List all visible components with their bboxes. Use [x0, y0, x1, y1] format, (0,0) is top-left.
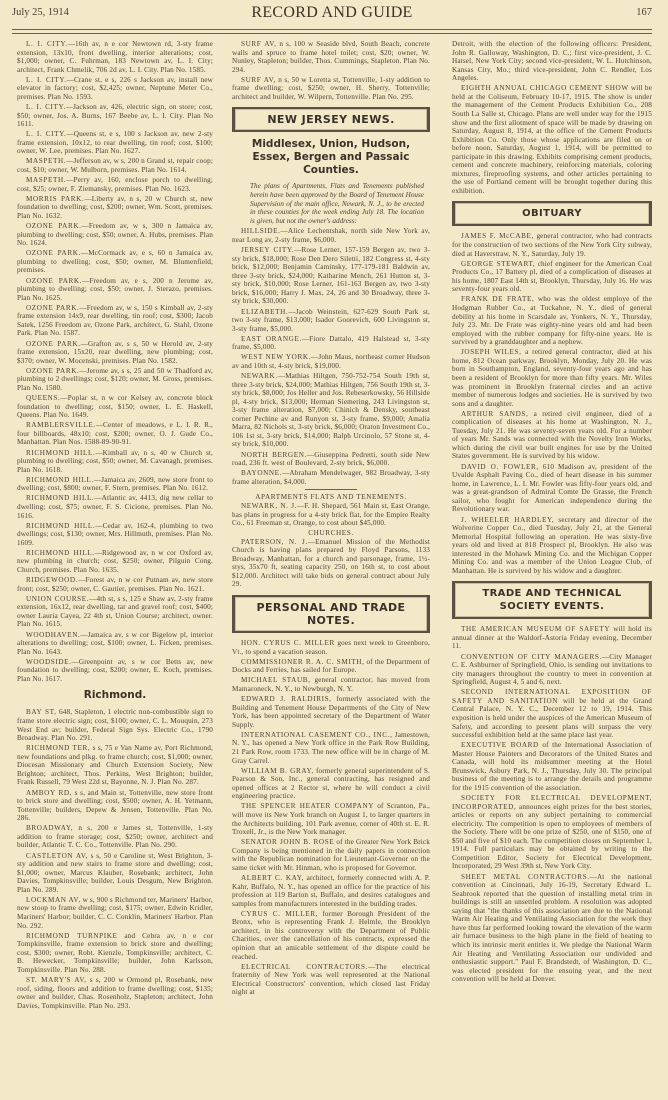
news-item: COMMISSIONER R. A. C. SMITH, of the Depa… — [232, 658, 430, 675]
item-lead: MICHAEL STAUB, — [241, 676, 311, 684]
news-item: WOODSIDE.—Greenpoint av, s w cor Betts a… — [17, 658, 213, 684]
personal-notes-list: HON. CYRUS C. MILLER goes next week to G… — [232, 639, 430, 997]
item-lead: SURF AV, — [241, 40, 276, 48]
item-text: Detroit, with the election of the follow… — [452, 40, 652, 82]
item-lead: UNION COURSE. — [26, 595, 89, 603]
churches-entry: PATERSON, N. J.—Emanuel Mission of the M… — [232, 538, 430, 589]
item-lead: J. WHEELER HARDLEY, — [461, 516, 554, 524]
news-item: THE SPENCER HEATER COMPANY of Scranton, … — [232, 802, 430, 836]
news-item: CONVENTION OF CITY MANAGERS.—City Manage… — [452, 653, 652, 687]
trade-events-list: THE AMERICAN MUSEUM OF SAFETY will hold … — [452, 625, 652, 983]
item-lead: ST. MARY'S AV, — [26, 976, 87, 984]
news-item: L. I. CITY.—Crane st, e s, 226 s Jackson… — [17, 76, 213, 102]
news-item: RICHMOND HILL.—Ridgewood av, n w cor Oxf… — [17, 549, 213, 575]
item-lead: COMMISSIONER R. A. C. SMITH, — [241, 658, 365, 666]
news-item: NORTH BERGEN.—Giuseppina Pedretti, south… — [232, 451, 430, 468]
item-text: announces eight prizes for the best stor… — [452, 803, 652, 871]
news-item: GEORGE STEWART, chief engineer for the A… — [452, 260, 652, 294]
item-lead: RICHMOND HILL. — [26, 449, 95, 457]
apartments-entry: NEWARK, N. J.—F. H. Shepard, 561 Main st… — [232, 502, 430, 528]
news-item: JERSEY CITY.—Rose Lerner, 157-159 Bergen… — [232, 246, 430, 306]
column-left: L. I. CITY.—16th av, n e cor Newtown rd,… — [17, 40, 213, 1012]
news-item: RICHMOND TURNPIKE and Cebra av, n e cor … — [17, 932, 213, 975]
news-item: SECOND INTERNATIONAL EXPOSITION OF SAFET… — [452, 688, 652, 739]
richmond-permits-list: BAY ST, 648, Stapleton, 1 electric non-c… — [17, 708, 213, 1010]
nj-counties-subhead: Middlesex, Union, Hudson, Essex, Bergen … — [232, 138, 430, 177]
item-lead: BROADWAY, — [26, 824, 73, 832]
news-item: WILLIAM B. GRAY, formerly general superi… — [232, 767, 430, 801]
header-rule — [12, 29, 652, 34]
item-lead: RICHMOND HILL. — [26, 549, 95, 557]
item-text: 610 Madison av, president of the Uvalde … — [452, 463, 652, 514]
news-item: LOCKMAN AV, w s, 900 s Richmond ter, Mar… — [17, 896, 213, 930]
item-lead: L. I. CITY. — [26, 103, 66, 111]
column-right: Detroit, with the election of the follow… — [452, 40, 652, 985]
apartments-heading: APARTMENTS FLATS AND TENEMENTS. — [232, 493, 430, 502]
item-lead: ELIZABETH. — [241, 308, 288, 316]
item-lead: RICHMOND HILL. — [26, 476, 94, 484]
item-lead: NORTH BERGEN. — [241, 451, 307, 459]
item-lead: MASPETH. — [26, 157, 66, 165]
item-lead: OZONE PARK. — [26, 367, 79, 375]
news-item: WOODHAVEN.—Jamaica av, s w cor Bigelow p… — [17, 631, 213, 657]
news-item: AMBOY RD, s s, and Main st, Tottenville,… — [17, 789, 213, 823]
news-item: NEWARK.—Mathias Hiltgen, 750-752-754 Sou… — [232, 372, 430, 449]
item-lead: WILLIAM B. GRAY, — [241, 767, 314, 775]
item-lead: RICHMOND HILL. — [26, 522, 95, 530]
news-item: L. I. CITY.—16th av, n e cor Newtown rd,… — [17, 40, 213, 74]
item-lead: HILLSIDE. — [241, 227, 281, 235]
news-item: RICHMOND HILL.—Jamaica av, 2609, new sto… — [17, 476, 213, 493]
item-lead: EXECUTIVE BOARD — [461, 741, 539, 749]
news-item: JAMES F. McCABE, general contractor, who… — [452, 232, 652, 258]
convention-entries-list: Detroit, with the election of the follow… — [452, 40, 652, 195]
item-lead: RAMBLERSVILLE. — [26, 421, 96, 429]
surf-av-list: SURF AV, n s, 100 w Seaside blvd, South … — [232, 40, 430, 101]
news-item: J. WHEELER HARDLEY, secretary and direct… — [452, 516, 652, 576]
news-item: QUEENS.—Poplar st, n w cor Kelsey av, co… — [17, 394, 213, 420]
news-item: WEST NEW YORK.—John Maus, northeast corn… — [232, 353, 430, 370]
news-item: FRANK DE FRATE, who was the oldest emplo… — [452, 295, 652, 346]
page-number: 167 — [636, 7, 652, 18]
item-text: —At the national convention at Cincinnat… — [452, 873, 652, 984]
news-item: HILLSIDE.—Alice Lechentshak, north side … — [232, 227, 430, 244]
item-lead: QUEENS. — [26, 394, 60, 402]
obituary-box: OBITUARY — [452, 201, 652, 226]
personal-trade-notes-box: PERSONAL AND TRADE NOTES. — [232, 595, 430, 633]
nj-entries-list: HILLSIDE.—Alice Lechentshak, north side … — [232, 227, 430, 486]
item-lead: L. I. CITY. — [26, 76, 67, 84]
item-text: —Emanuel Mission of the Methodist Church… — [232, 538, 430, 589]
item-text: will be held at the Coliseum, February 1… — [452, 84, 652, 195]
news-item: OZONE PARK.—Freedom av, w s, 300 n Jamai… — [17, 222, 213, 248]
item-lead: PATERSON, N. J. — [241, 538, 308, 546]
item-text: who was the oldest employe of the Hodgma… — [452, 295, 652, 346]
news-item: MASPETH.—Jefferson av, w s, 200 n Grand … — [17, 157, 213, 174]
news-item: INTERNATIONAL CASEMENT CO., INC., Jamest… — [232, 731, 430, 765]
item-lead: SENATOR JOHN B. ROSE — [241, 838, 334, 846]
news-item: SHEET METAL CONTRACTORS.—At the national… — [452, 873, 652, 984]
item-lead: L. I. CITY. — [26, 130, 66, 138]
nj-notice: The plans of Apartments, Flats and Tenem… — [250, 182, 424, 225]
item-text: former Borough President of the Bronx, w… — [232, 910, 430, 961]
item-lead: EIGHTH ANNUAL CHICAGO CEMENT SHOW — [461, 84, 629, 92]
item-lead: WOODHAVEN. — [26, 631, 80, 639]
news-item: SENATOR JOHN B. ROSE of the Greater New … — [232, 838, 430, 872]
item-lead: AMBOY RD, — [26, 789, 72, 797]
item-lead: ARTHUR SANDS, — [461, 410, 528, 418]
news-item: PATERSON, N. J.—Emanuel Mission of the M… — [232, 538, 430, 589]
item-lead: CYRUS C. MILLER, — [241, 910, 318, 918]
news-item: ARTHUR SANDS, a retired civil engineer, … — [452, 410, 652, 461]
item-lead: THE SPENCER HEATER COMPANY — [241, 802, 374, 810]
item-lead: EDWARD J. RALDIRIS, — [241, 695, 332, 703]
publication-title: RECORD AND GUIDE — [12, 4, 652, 22]
news-item: NEWARK, N. J.—F. H. Shepard, 561 Main st… — [232, 502, 430, 528]
news-item: ALBERT C. KAY, architect, formerly conne… — [232, 874, 430, 908]
news-item: ST. MARY'S AV, s s, 200 w Ormond pl, Ros… — [17, 976, 213, 1010]
item-text: of the International Association of Mast… — [452, 741, 652, 792]
news-item: UNION COURSE.—4th st, s s, 125 e Shaw av… — [17, 595, 213, 629]
item-lead: NEWARK. — [241, 372, 278, 380]
item-lead: GEORGE STEWART, — [461, 260, 535, 268]
news-item: RICHMOND HILL.—Atlantic av, 4413, dig ne… — [17, 494, 213, 520]
item-text: a retired civil engineer, died of a comp… — [452, 410, 652, 461]
item-lead: HON. CYRUS C. MILLER — [241, 639, 335, 647]
news-item: MICHAEL STAUB, general contractor, has m… — [232, 676, 430, 693]
news-item: HON. CYRUS C. MILLER goes next week to G… — [232, 639, 430, 656]
news-item: THE AMERICAN MUSEUM OF SAFETY will hold … — [452, 625, 652, 651]
item-lead: RICHMOND TURNPIKE — [26, 932, 118, 940]
news-item: ELECTRICAL CONTRACTORS.—The electrical f… — [232, 963, 430, 997]
item-text: secretary and director of the Wolverine … — [452, 516, 652, 575]
new-jersey-news-box: NEW JERSEY NEWS. — [232, 107, 430, 132]
item-lead: EAST ORANGE. — [241, 335, 302, 343]
item-text: a retired general contractor, died at hi… — [452, 348, 652, 407]
news-item: OZONE PARK.—Grafton av, s s, 50 w Herold… — [17, 340, 213, 366]
item-lead: JAMES F. McCABE, — [461, 232, 534, 240]
item-lead: BAY ST, — [26, 708, 56, 716]
news-item: OZONE PARK.—Freedom av, e s, 200 n Jerom… — [17, 277, 213, 303]
trade-society-events-box: TRADE AND TECHNICAL SOCIETY EVENTS. — [452, 581, 652, 619]
item-lead: MORRIS PARK. — [26, 195, 84, 203]
item-lead: OZONE PARK. — [26, 277, 82, 285]
news-item: JOSEPH WILES, a retired general contract… — [452, 348, 652, 408]
news-item: BAY ST, 648, Stapleton, 1 electric non-c… — [17, 708, 213, 742]
item-lead: INTERNATIONAL CASEMENT CO., INC., — [241, 731, 393, 739]
item-lead: OZONE PARK. — [26, 304, 79, 312]
item-lead: SURF AV, — [241, 76, 276, 84]
news-item: Detroit, with the election of the follow… — [452, 40, 652, 83]
news-item: RICHMOND TER, s s, 75 e Van Name av, Por… — [17, 744, 213, 787]
page-header: July 25, 1914 RECORD AND GUIDE 167 — [12, 4, 652, 26]
news-item: BROADWAY, n s, 200 e James st, Tottenvil… — [17, 824, 213, 850]
news-item: RAMBLERSVILLE.—Center of meadows, e L. I… — [17, 421, 213, 447]
news-item: CASTLETON AV, s s, 50 e Caroline st, Wes… — [17, 852, 213, 895]
item-lead: OZONE PARK. — [26, 249, 81, 257]
item-lead: RICHMOND TER, — [26, 744, 90, 752]
richmond-heading: Richmond. — [17, 689, 213, 702]
item-lead: BAYONNE. — [241, 469, 282, 477]
obituary-list: JAMES F. McCABE, general contractor, who… — [452, 232, 652, 575]
news-item: EXECUTIVE BOARD of the International Ass… — [452, 741, 652, 792]
news-item: L. I. CITY.—Queens st, e s, 100 s Jackso… — [17, 130, 213, 156]
news-item: BAYONNE.—Abraham Mendelwager, 982 Broadw… — [232, 469, 430, 486]
item-text: —Mathias Hiltgen, 750-752-754 South 19th… — [232, 372, 430, 448]
churches-heading: CHURCHES. — [232, 529, 430, 538]
section-divider — [305, 489, 357, 490]
news-item: MASPETH.—Perry av, 160, enclose porch to… — [17, 176, 213, 193]
item-lead: RICHMOND HILL. — [26, 494, 94, 502]
news-item: EIGHTH ANNUAL CHICAGO CEMENT SHOW will b… — [452, 84, 652, 195]
item-lead: OZONE PARK. — [26, 340, 81, 348]
news-item: RICHMOND HILL.—Kimball av, n s, 40 w Chu… — [17, 449, 213, 475]
item-lead: CONVENTION OF CITY MANAGERS. — [461, 653, 602, 661]
item-lead: ALBERT C. KAY, — [241, 874, 304, 882]
news-item: MORRIS PARK.—Liberty av, n s, 20 w Churc… — [17, 195, 213, 221]
news-item: EAST ORANGE.—Fiore Dattalo, 419 Halstead… — [232, 335, 430, 352]
item-lead: JERSEY CITY. — [241, 246, 294, 254]
item-lead: NEWARK, N. J. — [241, 502, 297, 510]
item-lead: ELECTRICAL CONTRACTORS. — [241, 963, 368, 971]
news-item: ELIZABETH.—Jacob Weinstein, 627-629 Sout… — [232, 308, 430, 334]
news-item: SOCIETY FOR ELECTRICAL DEVELOPMENT, INCO… — [452, 794, 652, 871]
item-lead: WEST NEW YORK. — [241, 353, 311, 361]
item-lead: OZONE PARK. — [26, 222, 82, 230]
news-item: RIDGEWOOD.—Forest av, n w cor Putnam av,… — [17, 576, 213, 593]
item-lead: JOSEPH WILES, — [461, 348, 522, 356]
item-lead: RIDGEWOOD. — [26, 576, 78, 584]
news-item: EDWARD J. RALDIRIS, formerly associated … — [232, 695, 430, 729]
item-lead: MASPETH. — [26, 176, 66, 184]
item-lead: FRANK DE FRATE, — [461, 295, 534, 303]
column-middle: SURF AV, n s, 100 w Seaside blvd, South … — [232, 40, 430, 998]
item-lead: THE AMERICAN MUSEUM OF SAFETY — [461, 625, 610, 633]
news-item: SURF AV, n s, 100 w Seaside blvd, South … — [232, 40, 430, 74]
item-lead: DAVID O. FOWLER, — [461, 463, 539, 471]
news-item: RICHMOND HILL.—Cedar av, 162-4, plumbing… — [17, 522, 213, 548]
item-text: —Rose Lerner, 157-159 Bergen av, two 3-s… — [232, 246, 430, 305]
item-lead: CASTLETON AV, — [26, 852, 88, 860]
news-item: SURF AV, n s, 50 w Loretta st, Tottenvil… — [232, 76, 430, 102]
item-lead: WOODSIDE. — [26, 658, 72, 666]
news-item: OZONE PARK.—Freedom av, w s, 150 s Kimba… — [17, 304, 213, 338]
news-item: L. I. CITY.—Jackson av, 426, electric si… — [17, 103, 213, 129]
item-lead: SHEET METAL CONTRACTORS. — [461, 873, 590, 881]
news-item: OZONE PARK.—McCormack av, e s, 60 n Jama… — [17, 249, 213, 275]
news-item: OZONE PARK.—Jerome av, s s, 25 and 50 w … — [17, 367, 213, 393]
news-item: CYRUS C. MILLER, former Borough Presiden… — [232, 910, 430, 961]
item-lead: L. I. CITY. — [26, 40, 68, 48]
news-item: DAVID O. FOWLER, 610 Madison av, preside… — [452, 463, 652, 514]
item-lead: LOCKMAN AV, — [26, 896, 81, 904]
queens-permits-list: L. I. CITY.—16th av, n e cor Newtown rd,… — [17, 40, 213, 683]
